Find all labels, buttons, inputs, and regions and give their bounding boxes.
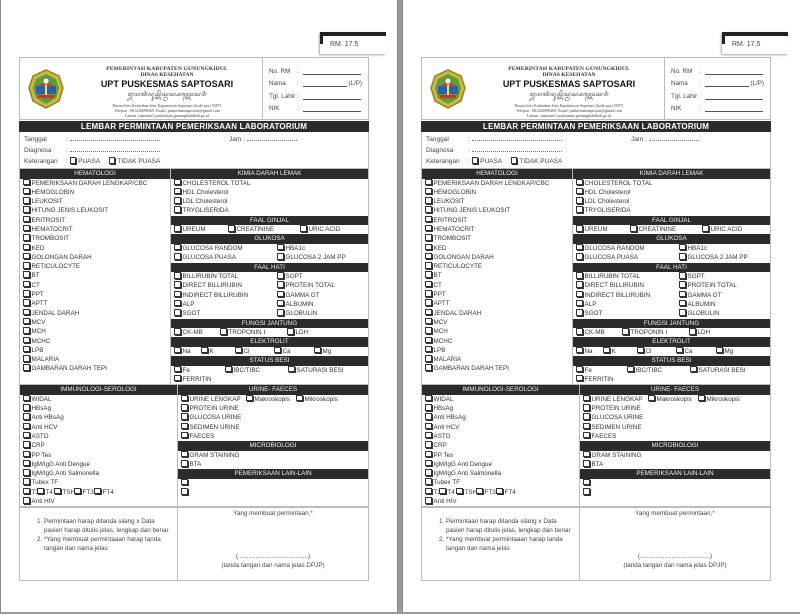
urine-label: URINE LENGKAP bbox=[592, 396, 643, 403]
checkbox-icon bbox=[23, 253, 30, 260]
imunologi-checkbox-igm-igg-anti-dengue[interactable]: IgM/IgG Anti Dengue bbox=[422, 460, 579, 469]
hati-checkbox-protein-total[interactable]: PROTEIN TOTAL bbox=[277, 281, 367, 290]
imunologi-checkbox-crp[interactable]: CRP bbox=[20, 441, 177, 450]
urine-label: SEDIMEN URINE bbox=[592, 424, 642, 431]
hati-row: SGOTGLOBULIN bbox=[171, 309, 368, 318]
besi-checkbox-fe[interactable]: Fe bbox=[576, 366, 627, 375]
besi-checkbox-saturasi-besi[interactable]: SATURASI BESI bbox=[690, 366, 770, 375]
hematologi-checkbox-lpb[interactable]: LPB bbox=[422, 346, 572, 355]
hematologi-label: GOLONGAN DARAH bbox=[32, 254, 92, 261]
hematologi-checkbox-pemeriksaan-darah-lengkap-cbc[interactable]: PEMERIKSAAN DARAH LENGKAP/CBC bbox=[20, 179, 170, 188]
hematologi-checkbox-aptt[interactable]: APTT bbox=[422, 299, 572, 308]
elektrolit-checkbox-cl[interactable]: Cl bbox=[235, 347, 274, 356]
elektrolit-checkbox-k[interactable]: K bbox=[201, 347, 235, 356]
form-page-right: RM. 17.5 PEMERINTAH KABUPATEN GUNUNGKIDU… bbox=[402, 0, 800, 612]
urine-label: URINE LENGKAP bbox=[190, 396, 241, 403]
thyroid-checkbox-t3[interactable]: T3 bbox=[425, 488, 439, 497]
hematologi-checkbox-mch[interactable]: MCH bbox=[20, 327, 170, 336]
ginjal-row: UREUMCREATININEURIC ACID bbox=[171, 225, 368, 234]
checkbox-icon bbox=[23, 197, 30, 204]
kimia-checkbox-ldl-cholesterol[interactable]: LDL Cholesterol bbox=[171, 197, 368, 206]
tanggal-field[interactable] bbox=[70, 134, 160, 141]
checkbox-icon bbox=[174, 272, 181, 279]
hematologi-checkbox-leukosit[interactable]: LEUKOSIT bbox=[422, 197, 572, 206]
hematologi-label: APTT bbox=[32, 300, 48, 307]
hati-checkbox-sgpt[interactable]: SGPT bbox=[679, 272, 769, 281]
imunologi-checkbox-anti-hiv[interactable]: Anti HIV bbox=[422, 497, 579, 506]
urine-label: GLUCOSA URINE bbox=[190, 414, 242, 421]
lain-checkbox-blank[interactable] bbox=[580, 488, 770, 497]
kimia-checkbox-trygliserida[interactable]: TRYGLISERIDA bbox=[573, 206, 770, 215]
hematologi-label: LPB bbox=[32, 347, 44, 354]
patient-identity: No. RM:Nama:(L/P)Tgl. Lahir:NIK: bbox=[262, 58, 368, 119]
imunologi-label: WIDAL bbox=[434, 396, 454, 403]
puskesmas-name: UPT PUSKESMAS SAPTOSARI bbox=[474, 79, 664, 89]
glukosa-checkbox-hba1c[interactable]: HBA1c bbox=[679, 244, 769, 253]
elektrolit-checkbox-mg[interactable]: Mg bbox=[314, 347, 354, 356]
hati-rows: BILLIRUBIN TOTALSGPTDIRECT BILLIRUBINPRO… bbox=[171, 272, 368, 318]
section-header-glukosa: GLUKOSA bbox=[573, 234, 770, 244]
signature-block: Yang membuat permintaan,* (.............… bbox=[580, 508, 770, 580]
imunologi-checkbox-anti-hcv[interactable]: Anti HCV bbox=[20, 423, 177, 432]
glukosa-checkbox-glucosa-puasa[interactable]: GLUCOSA PUASA bbox=[576, 253, 679, 262]
hati-checkbox-globulin[interactable]: GLOBULIN bbox=[277, 309, 367, 318]
hematologi-checkbox-ked[interactable]: KED bbox=[422, 244, 572, 253]
hematologi-checkbox-ppt[interactable]: PPT bbox=[422, 290, 572, 299]
hematologi-checkbox-hematocrit[interactable]: HEMATOCRIT bbox=[20, 225, 170, 234]
imunologi-checkbox-igm-igg-anti-salmonella[interactable]: IgM/IgG Anti Salmonella bbox=[422, 469, 579, 478]
hematologi-checkbox-gambaran-darah-tepi[interactable]: GAMBARAN DARAH TEPI bbox=[20, 364, 170, 373]
thyroid-row: T3T4TSHFT3FT4 bbox=[422, 488, 579, 497]
hematologi-label: BT bbox=[434, 272, 442, 279]
checkbox-icon bbox=[174, 309, 181, 316]
hematologi-checkbox-bt[interactable]: BT bbox=[20, 271, 170, 280]
ginjal-checkbox-ureum[interactable]: UREUM bbox=[576, 225, 630, 234]
glukosa-checkbox-hba1c[interactable]: HBA1c bbox=[277, 244, 367, 253]
checkbox-icon bbox=[439, 488, 446, 495]
thyroid-checkbox-t3[interactable]: T3 bbox=[23, 488, 37, 497]
hematologi-checkbox-trombosit[interactable]: TROMBOSIT bbox=[20, 234, 170, 243]
identity-field[interactable] bbox=[303, 105, 361, 112]
form-title: LEMBAR PERMINTAAN PEMERIKSAAN LABORATORI… bbox=[19, 121, 369, 132]
hematologi-checkbox-hematocrit[interactable]: HEMATOCRIT bbox=[422, 225, 572, 234]
checkbox-icon bbox=[23, 244, 30, 251]
tidak-puasa-checkbox[interactable]: TIDAK PUASA bbox=[511, 158, 562, 165]
elektrolit-checkbox-na[interactable]: Na bbox=[174, 347, 201, 356]
imunologi-label: Anti HCV bbox=[32, 424, 58, 431]
imunologi-checkbox-asto[interactable]: ASTO bbox=[422, 432, 579, 441]
urine-checkbox-mikroskopis[interactable]: Mikroskopis bbox=[698, 395, 748, 404]
urine-checkbox-faeces[interactable]: FAECES bbox=[178, 432, 368, 441]
checkbox-icon bbox=[277, 244, 284, 251]
section-header-faal-ginjal: FAAL GINJAL bbox=[573, 216, 770, 226]
imunologi-checkbox-pp-tes[interactable]: PP Tes bbox=[422, 451, 579, 460]
hematologi-checkbox-ked[interactable]: KED bbox=[20, 244, 170, 253]
hematologi-label: HEMOGLOBIN bbox=[32, 189, 75, 196]
lain-checkbox-blank[interactable] bbox=[178, 488, 368, 497]
kimia-checkbox-cholesterol-total[interactable]: CHOLESTEROL TOTAL bbox=[573, 179, 770, 188]
glukosa-checkbox-glucosa-puasa[interactable]: GLUCOSA PUASA bbox=[174, 253, 277, 262]
hematologi-checkbox-hemoglobin[interactable]: HEMOGLOBIN bbox=[422, 188, 572, 197]
checkbox-icon bbox=[603, 347, 610, 354]
hati-checkbox-direct-billirubin[interactable]: DIRECT BILLIRUBIN bbox=[576, 281, 679, 290]
section-header-pemeriksaan-lain: PEMERIKSAAN LAIN-LAIN bbox=[580, 469, 770, 479]
checkbox-icon bbox=[277, 300, 284, 307]
hematologi-checkbox-ct[interactable]: CT bbox=[422, 281, 572, 290]
identity-field[interactable] bbox=[705, 80, 750, 87]
hematologi-checkbox-mchc[interactable]: MCHC bbox=[422, 337, 572, 346]
tidak-puasa-checkbox[interactable]: TIDAK PUASA bbox=[109, 158, 160, 165]
kimia-checkbox-hdl-cholesterol[interactable]: HDL Cholesterol bbox=[171, 188, 368, 197]
hematologi-checkbox-aptt[interactable]: APTT bbox=[20, 299, 170, 308]
gunungkidul-emblem-icon bbox=[26, 68, 66, 110]
jam-field[interactable] bbox=[649, 134, 699, 141]
checkbox-icon bbox=[576, 309, 583, 316]
ginjal-checkbox-uric-acid[interactable]: URIC ACID bbox=[702, 225, 762, 234]
hematologi-checkbox-pemeriksaan-darah-lengkap-cbc[interactable]: PEMERIKSAAN DARAH LENGKAP/CBC bbox=[422, 179, 572, 188]
urine-checkbox-protein-urine[interactable]: PROTEIN URINE bbox=[178, 404, 368, 413]
checkbox-icon bbox=[201, 347, 208, 354]
hematologi-label: MCV bbox=[32, 319, 46, 326]
checkbox-icon bbox=[425, 216, 432, 223]
thyroid-checkbox-ft3[interactable]: FT3 bbox=[476, 488, 496, 497]
checkbox-icon bbox=[637, 347, 644, 354]
jantung-checkbox-ck-mb[interactable]: CK-MB bbox=[576, 328, 622, 337]
identity-field[interactable] bbox=[705, 93, 763, 100]
besi-checkbox-saturasi-besi[interactable]: SATURASI BESI bbox=[288, 366, 368, 375]
lain-checkbox-blank[interactable] bbox=[178, 479, 368, 488]
imunologi-checkbox-crp[interactable]: CRP bbox=[422, 441, 579, 450]
glukosa-checkbox-glucosa-random[interactable]: GLUCOSA RANDOM bbox=[174, 244, 277, 253]
jantung-label: CK-MB bbox=[183, 329, 203, 336]
hematologi-checkbox-mchc[interactable]: MCHC bbox=[20, 337, 170, 346]
checkbox-icon bbox=[425, 225, 432, 232]
identity-label: Nama bbox=[269, 80, 297, 87]
hematologi-label: TROMBOSIT bbox=[434, 235, 471, 242]
kimia-checkbox-trygliserida[interactable]: TRYGLISERIDA bbox=[171, 206, 368, 215]
hati-checkbox-albumin[interactable]: ALBUMIN bbox=[277, 300, 367, 309]
besi-checkbox-fe[interactable]: Fe bbox=[174, 366, 225, 375]
puasa-checkbox[interactable]: PUASA bbox=[472, 158, 502, 165]
signature-block: Yang membuat permintaan,* (.............… bbox=[178, 508, 368, 580]
checkbox-icon bbox=[235, 347, 242, 354]
kimia-checkbox-hdl-cholesterol[interactable]: HDL Cholesterol bbox=[573, 188, 770, 197]
hematologi-checkbox-jendal-darah[interactable]: JENDAL DARAH bbox=[422, 309, 572, 318]
tanggal-field[interactable] bbox=[472, 134, 562, 141]
checkbox-icon bbox=[277, 291, 284, 298]
urine-checkbox-faeces[interactable]: FAECES bbox=[580, 432, 770, 441]
imunologi-label: ASTO bbox=[434, 433, 451, 440]
elektrolit-label: Mg bbox=[725, 348, 734, 355]
imunologi-label: PP Tes bbox=[434, 452, 454, 459]
hati-checkbox-sgot[interactable]: SGOT bbox=[576, 309, 679, 318]
elektrolit-checkbox-k[interactable]: K bbox=[603, 347, 637, 356]
hati-checkbox-albumin[interactable]: ALBUMIN bbox=[679, 300, 769, 309]
checkbox-icon bbox=[425, 432, 432, 439]
tanggal-label: Tanggal bbox=[426, 134, 468, 145]
hati-checkbox-sgpt[interactable]: SGPT bbox=[277, 272, 367, 281]
hematologi-checkbox-ct[interactable]: CT bbox=[20, 281, 170, 290]
hati-checkbox-direct-billirubin[interactable]: DIRECT BILLIRUBIN bbox=[174, 281, 277, 290]
hati-checkbox-gamma-gt[interactable]: GAMMA GT bbox=[679, 291, 769, 300]
urine-checkbox-glucosa-urine[interactable]: GLUCOSA URINE bbox=[580, 413, 770, 422]
hematologi-checkbox-hemoglobin[interactable]: HEMOGLOBIN bbox=[20, 188, 170, 197]
institution-block: PEMERINTAH KABUPATEN GUNUNGKIDUL DINAS K… bbox=[474, 58, 664, 119]
jantung-checkbox-ldh[interactable]: LDH bbox=[689, 328, 749, 337]
checkbox-icon bbox=[425, 271, 432, 278]
glukosa-checkbox-glucosa-2-jam-pp[interactable]: GLUCOSA 2 JAM PP bbox=[679, 253, 769, 262]
checkbox-icon bbox=[220, 328, 227, 335]
urine-column: URINE- FAECES URINE LENGKAPMakroskopisMi… bbox=[580, 385, 770, 506]
jantung-label: LDH bbox=[296, 329, 309, 336]
hematologi-checkbox-eritrosit[interactable]: ERITROSIT bbox=[20, 216, 170, 225]
glukosa-label: GLUCOSA 2 JAM PP bbox=[688, 254, 748, 261]
elektrolit-checkbox-mg[interactable]: Mg bbox=[716, 347, 756, 356]
jam-field[interactable] bbox=[247, 134, 297, 141]
hematologi-label: PPT bbox=[32, 291, 44, 298]
hati-checkbox-protein-total[interactable]: PROTEIN TOTAL bbox=[679, 281, 769, 290]
identity-label: No. RM bbox=[269, 68, 297, 75]
hati-checkbox-alp[interactable]: ALP bbox=[576, 300, 679, 309]
mikrobiologi-checkbox-bta[interactable]: BTA bbox=[178, 460, 368, 469]
hati-checkbox-indirect-billirubin[interactable]: INDIRECT BILLIRUBIN bbox=[174, 291, 277, 300]
hematologi-checkbox-malaria[interactable]: MALARIA bbox=[20, 355, 170, 364]
hematologi-label: PEMERIKSAAN DARAH LENGKAP/CBC bbox=[434, 180, 550, 187]
hematologi-checkbox-golongan-darah[interactable]: GOLONGAN DARAH bbox=[422, 253, 572, 262]
imunologi-label: IgM/IgG Anti Dengue bbox=[32, 461, 90, 468]
hati-row: ALPALBUMIN bbox=[573, 300, 770, 309]
glukosa-row: GLUCOSA PUASAGLUCOSA 2 JAM PP bbox=[171, 253, 368, 262]
imunologi-checkbox-anti-hbsag[interactable]: Anti HBsAg bbox=[422, 413, 579, 422]
checkbox-icon bbox=[174, 375, 181, 382]
section-header-faal-hati: FAAL HATI bbox=[171, 263, 368, 273]
ginjal-checkbox-uric-acid[interactable]: URIC ACID bbox=[300, 225, 360, 234]
hati-checkbox-globulin[interactable]: GLOBULIN bbox=[679, 309, 769, 318]
hati-label: GAMMA GT bbox=[286, 292, 320, 299]
imunologi-checkbox-asto[interactable]: ASTO bbox=[20, 432, 177, 441]
urine-checkbox-makroskopis[interactable]: Makroskopis bbox=[648, 395, 698, 404]
checkbox-icon bbox=[181, 395, 188, 402]
kimia-label: TRYGLISERIDA bbox=[183, 207, 229, 214]
identity-field[interactable] bbox=[705, 105, 763, 112]
hematologi-checkbox-leukosit[interactable]: LEUKOSIT bbox=[20, 197, 170, 206]
hematologi-checkbox-hitung-jenis-leukosit[interactable]: HITUNG JENIS LEUKOSIT bbox=[422, 206, 572, 215]
section-header-urine-faeces: URINE- FAECES bbox=[178, 385, 368, 395]
hati-checkbox-billirubin-total[interactable]: BILLIRUBIN TOTAL bbox=[576, 272, 679, 281]
kimia-checkbox-cholesterol-total[interactable]: CHOLESTEROL TOTAL bbox=[171, 179, 368, 188]
besi-checkbox-ibc-tibc[interactable]: IBC/TIBC bbox=[225, 366, 288, 375]
hati-row: BILLIRUBIN TOTALSGPT bbox=[171, 272, 368, 281]
besi-checkbox-ferritin[interactable]: FERRITIN bbox=[171, 375, 368, 384]
imunologi-checkbox-widal[interactable]: WIDAL bbox=[20, 395, 177, 404]
hematologi-checkbox-mcv[interactable]: MCV bbox=[422, 318, 572, 327]
hematologi-checkbox-mcv[interactable]: MCV bbox=[20, 318, 170, 327]
urine-checkbox-sedimen-urine[interactable]: SEDIMEN URINE bbox=[178, 423, 368, 432]
identity-field[interactable] bbox=[303, 68, 361, 75]
imunologi-label: Tubex TF bbox=[434, 479, 461, 486]
signature-field[interactable]: (.......................................… bbox=[178, 553, 368, 560]
thyroid-checkbox-t4[interactable]: T4 bbox=[37, 488, 54, 497]
hati-row: INDIRECT BILLIRUBINGAMMA GT bbox=[573, 291, 770, 300]
identity-label: Tgl. Lahir bbox=[269, 93, 297, 100]
jantung-label: TROPONIN I bbox=[631, 329, 668, 336]
puasa-checkbox[interactable]: PUASA bbox=[70, 158, 100, 165]
thyroid-checkbox-t4[interactable]: T4 bbox=[439, 488, 456, 497]
thyroid-checkbox-ft3[interactable]: FT3 bbox=[74, 488, 94, 497]
checkbox-icon bbox=[576, 179, 583, 186]
ginjal-checkbox-creatinine[interactable]: CREATININE bbox=[228, 225, 300, 234]
diagnosa-field[interactable] bbox=[70, 145, 160, 152]
puasa-label: PUASA bbox=[78, 158, 100, 165]
hematologi-checkbox-trombosit[interactable]: TROMBOSIT bbox=[422, 234, 572, 243]
imunologi-checkbox-pp-tes[interactable]: PP Tes bbox=[20, 451, 177, 460]
website: Laman: saptosari1.puskesmas.gunungkidulk… bbox=[474, 113, 664, 118]
checkbox-icon bbox=[23, 432, 30, 439]
checkbox-icon bbox=[425, 364, 432, 371]
imunologi-checkbox-anti-hiv[interactable]: Anti HIV bbox=[20, 497, 177, 506]
jam-label: Jam bbox=[229, 136, 241, 143]
urine-checkbox-urine-lengkap[interactable]: URINE LENGKAP bbox=[181, 395, 246, 404]
imunologi-label: IgM/IgG Anti Dengue bbox=[434, 461, 492, 468]
thyroid-checkbox-ft4[interactable]: FT4 bbox=[94, 488, 114, 497]
urine-checkbox-urine-lengkap[interactable]: URINE LENGKAP bbox=[583, 395, 648, 404]
hematologi-checkbox-jendal-darah[interactable]: JENDAL DARAH bbox=[20, 309, 170, 318]
besi-label: SATURASI BESI bbox=[699, 367, 746, 374]
hematologi-checkbox-hitung-jenis-leukosit[interactable]: HITUNG JENIS LEUKOSIT bbox=[20, 206, 170, 215]
urine-checkbox-sedimen-urine[interactable]: SEDIMEN URINE bbox=[580, 423, 770, 432]
besi-checkbox-ibc-tibc[interactable]: IBC/TIBC bbox=[627, 366, 690, 375]
hati-label: ALP bbox=[585, 301, 597, 308]
identity-field[interactable] bbox=[303, 93, 361, 100]
hematologi-checkbox-ppt[interactable]: PPT bbox=[20, 290, 170, 299]
besi-label: IBC/TIBC bbox=[636, 367, 663, 374]
mikrobiologi-checkbox-bta[interactable]: BTA bbox=[580, 460, 770, 469]
jantung-checkbox-troponin-i[interactable]: TROPONIN I bbox=[220, 328, 287, 337]
checkbox-icon bbox=[23, 488, 30, 495]
identity-field[interactable] bbox=[303, 80, 348, 87]
thyroid-checkbox-tsh[interactable]: TSH bbox=[54, 488, 74, 497]
checkbox-icon bbox=[174, 291, 181, 298]
signature-field[interactable]: (.......................................… bbox=[580, 553, 770, 560]
elektrolit-label: K bbox=[210, 348, 214, 355]
jantung-checkbox-ldh[interactable]: LDH bbox=[287, 328, 347, 337]
rm-code: RM. 17.5 bbox=[330, 41, 358, 48]
hati-rows: BILLIRUBIN TOTALSGPTDIRECT BILLIRUBINPRO… bbox=[573, 272, 770, 318]
elektrolit-checkbox-ca[interactable]: Ca bbox=[274, 347, 314, 356]
checkbox-icon bbox=[246, 395, 253, 402]
imunologi-checkbox-hbsag[interactable]: HBsAg bbox=[20, 404, 177, 413]
glukosa-rows: GLUCOSA RANDOMHBA1cGLUCOSA PUASAGLUCOSA … bbox=[171, 244, 368, 263]
urine-checkbox-protein-urine[interactable]: PROTEIN URINE bbox=[580, 404, 770, 413]
kimia-label: LDL Cholesterol bbox=[183, 198, 228, 205]
ginjal-checkbox-creatinine[interactable]: CREATININE bbox=[630, 225, 702, 234]
mikrobiologi-list: GRAM STAININGBTA bbox=[178, 451, 368, 470]
hematologi-checkbox-lpb[interactable]: LPB bbox=[20, 346, 170, 355]
kimia-label: TRYGLISERIDA bbox=[585, 207, 631, 214]
kimia-label: HDL Cholesterol bbox=[585, 189, 631, 196]
checkbox-icon bbox=[511, 157, 518, 164]
hematologi-label: CT bbox=[32, 282, 40, 289]
diagnosa-field[interactable] bbox=[472, 145, 562, 152]
hematologi-checkbox-bt[interactable]: BT bbox=[422, 271, 572, 280]
urine-checkbox-makroskopis[interactable]: Makroskopis bbox=[246, 395, 296, 404]
imunologi-checkbox-anti-hcv[interactable]: Anti HCV bbox=[422, 423, 579, 432]
hati-checkbox-alp[interactable]: ALP bbox=[174, 300, 277, 309]
jantung-checkbox-ck-mb[interactable]: CK-MB bbox=[174, 328, 220, 337]
glukosa-checkbox-glucosa-2-jam-pp[interactable]: GLUCOSA 2 JAM PP bbox=[277, 253, 367, 262]
lain-checkbox-blank[interactable] bbox=[580, 479, 770, 488]
imunologi-checkbox-igm-igg-anti-dengue[interactable]: IgM/IgG Anti Dengue bbox=[20, 460, 177, 469]
hematologi-checkbox-malaria[interactable]: MALARIA bbox=[422, 355, 572, 364]
elektrolit-label: Na bbox=[183, 348, 191, 355]
checkbox-icon bbox=[23, 271, 30, 278]
hati-checkbox-sgot[interactable]: SGOT bbox=[174, 309, 277, 318]
hati-checkbox-billirubin-total[interactable]: BILLIRUBIN TOTAL bbox=[174, 272, 277, 281]
identity-row-nik: NIK: bbox=[671, 100, 764, 113]
section-header-hematologi: HEMATOLOGI bbox=[422, 169, 572, 179]
checkbox-icon bbox=[23, 404, 30, 411]
glukosa-checkbox-glucosa-random[interactable]: GLUCOSA RANDOM bbox=[576, 244, 679, 253]
imunologi-label: IgM/IgG Anti Salmonella bbox=[32, 470, 100, 477]
checkbox-icon bbox=[583, 404, 590, 411]
urine-checkbox-mikroskopis[interactable]: Mikroskopis bbox=[296, 395, 346, 404]
checkbox-icon bbox=[277, 253, 284, 260]
imunologi-checkbox-tubex-tf[interactable]: Tubex TF bbox=[20, 478, 177, 487]
ginjal-checkbox-ureum[interactable]: UREUM bbox=[174, 225, 228, 234]
mikrobiologi-checkbox-gram-staining[interactable]: GRAM STAINING bbox=[178, 451, 368, 460]
checkbox-icon bbox=[583, 451, 590, 458]
checkbox-icon bbox=[109, 157, 116, 164]
identity-label: NIK bbox=[269, 105, 297, 112]
hematologi-checkbox-reticulocyte[interactable]: RETICULOCYTE bbox=[20, 262, 170, 271]
puskesmas-name: UPT PUSKESMAS SAPTOSARI bbox=[72, 79, 262, 89]
imunologi-checkbox-anti-hbsag[interactable]: Anti HBsAg bbox=[20, 413, 177, 422]
imunologi-checkbox-widal[interactable]: WIDAL bbox=[422, 395, 579, 404]
elektrolit-checkbox-cl[interactable]: Cl bbox=[637, 347, 676, 356]
imunologi-checkbox-igm-igg-anti-salmonella[interactable]: IgM/IgG Anti Salmonella bbox=[20, 469, 177, 478]
thyroid-checkbox-ft4[interactable]: FT4 bbox=[496, 488, 516, 497]
elektrolit-checkbox-na[interactable]: Na bbox=[576, 347, 603, 356]
hematologi-checkbox-mch[interactable]: MCH bbox=[422, 327, 572, 336]
identity-row-nama: Nama:(L/P) bbox=[269, 75, 362, 88]
urine-checkbox-glucosa-urine[interactable]: GLUCOSA URINE bbox=[178, 413, 368, 422]
hematologi-checkbox-golongan-darah[interactable]: GOLONGAN DARAH bbox=[20, 253, 170, 262]
besi-checkbox-ferritin[interactable]: FERRITIN bbox=[573, 375, 770, 384]
identity-suffix: (L/P) bbox=[348, 80, 362, 87]
besi-label: Fe bbox=[183, 367, 190, 374]
imunologi-checkbox-tubex-tf[interactable]: Tubex TF bbox=[422, 478, 579, 487]
hematologi-checkbox-gambaran-darah-tepi[interactable]: GAMBARAN DARAH TEPI bbox=[422, 364, 572, 373]
hati-checkbox-gamma-gt[interactable]: GAMMA GT bbox=[277, 291, 367, 300]
hematologi-checkbox-eritrosit[interactable]: ERITROSIT bbox=[422, 216, 572, 225]
checkbox-icon bbox=[23, 234, 30, 241]
checkbox-icon bbox=[181, 413, 188, 420]
regency-logo bbox=[20, 58, 72, 119]
hati-checkbox-indirect-billirubin[interactable]: INDIRECT BILLIRUBIN bbox=[576, 291, 679, 300]
kimia-checkbox-ldl-cholesterol[interactable]: LDL Cholesterol bbox=[573, 197, 770, 206]
identity-field[interactable] bbox=[705, 68, 763, 75]
mikrobiologi-checkbox-gram-staining[interactable]: GRAM STAINING bbox=[580, 451, 770, 460]
jantung-checkbox-troponin-i[interactable]: TROPONIN I bbox=[622, 328, 689, 337]
glukosa-label: GLUCOSA 2 JAM PP bbox=[286, 254, 346, 261]
imunologi-checkbox-hbsag[interactable]: HBsAg bbox=[422, 404, 579, 413]
thyroid-checkbox-tsh[interactable]: TSH bbox=[456, 488, 476, 497]
hati-row: INDIRECT BILLIRUBINGAMMA GT bbox=[171, 291, 368, 300]
elektrolit-checkbox-ca[interactable]: Ca bbox=[676, 347, 716, 356]
thyroid-label: FT4 bbox=[505, 489, 516, 496]
hematologi-checkbox-reticulocyte[interactable]: RETICULOCYTE bbox=[422, 262, 572, 271]
urine-row: URINE LENGKAPMakroskopisMikroskopis bbox=[178, 395, 368, 404]
